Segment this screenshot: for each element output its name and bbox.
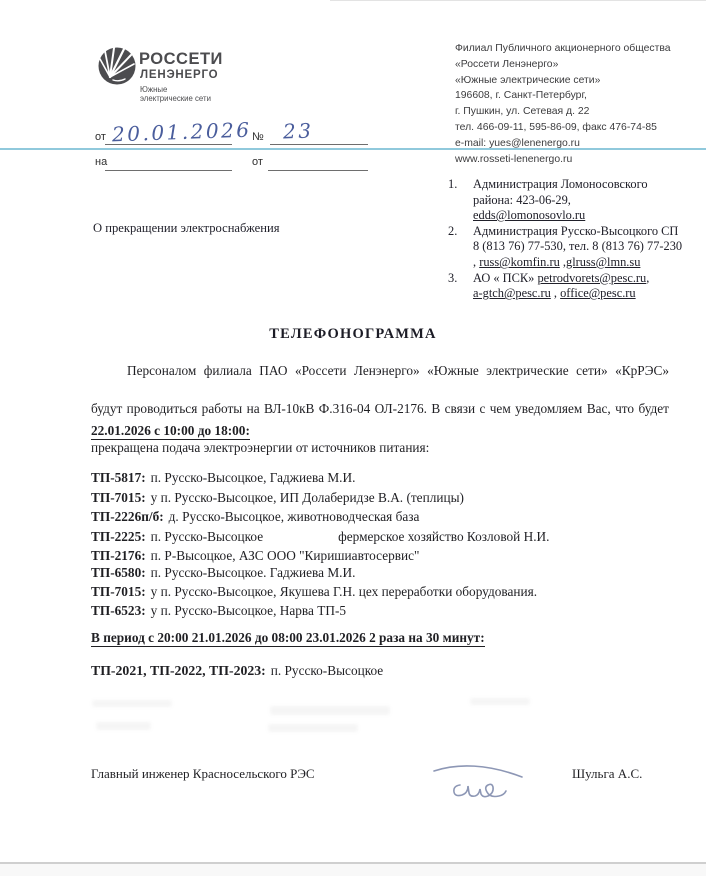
handwritten-number: 23 — [283, 118, 314, 143]
recipient-line: , russ@komfin.ru ,glruss@lmn.su — [473, 255, 682, 271]
scan-artifact — [268, 724, 358, 732]
outage-item: ТП-6580:п. Русско-Высоцкое. Гаджиева М.И… — [91, 563, 537, 582]
email-text: edds@lomonosovlo.ru — [473, 208, 585, 222]
recipient-number: 2. — [448, 224, 473, 271]
ref-number-rule — [270, 144, 368, 145]
ref-from-rule — [268, 170, 368, 171]
scan-line-artifact — [0, 148, 706, 150]
recipient-text: 8 (813 76) 77-530, тел. 8 (813 76) 77-23… — [473, 239, 682, 253]
tp-id: ТП-2225: — [91, 529, 146, 544]
tp-desc: п. Русско-Высоцкое, Гаджиева М.И. — [151, 470, 356, 485]
letterhead-line: 196608, г. Санкт-Петербург, — [455, 88, 705, 104]
recipient-text: , — [646, 271, 649, 285]
recipient-line: АО « ПСК» petrodvorets@pesc.ru, — [473, 271, 649, 287]
tp-desc: у п. Русско-Высоцкое, Нарва ТП-5 — [151, 603, 346, 618]
recipient-item: 3. АО « ПСК» petrodvorets@pesc.ru, a-gtc… — [448, 271, 706, 302]
outage-period-heading: В период с 20:00 21.01.2026 до 08:00 23.… — [91, 630, 485, 646]
recipient-item: 1. Администрация Ломоносовского района: … — [448, 177, 706, 224]
recipient-line: Администрация Ломоносовского — [473, 177, 648, 193]
recipient-number: 1. — [448, 177, 473, 224]
tp-desc: у п. Русско-Высоцкое, ИП Долаберидзе В.А… — [151, 490, 464, 505]
recipient-text: , — [551, 286, 560, 300]
recipient-text: Администрация Ломоносовского — [473, 177, 648, 191]
letterhead-line: Филиал Публичного акционерного общества — [455, 41, 705, 57]
outage-item: ТП-5817:п. Русско-Высоцкое, Гаджиева М.И… — [91, 468, 549, 488]
document-title: ТЕЛЕФОНОГРАММА — [0, 326, 706, 343]
email-text: office@pesc.ru — [560, 286, 636, 300]
recipient-item: 2. Администрация Русско-Высоцкого СП 8 (… — [448, 224, 706, 271]
recipient-line: 8 (813 76) 77-530, тел. 8 (813 76) 77-23… — [473, 239, 682, 255]
tp-id: ТП-7015: — [91, 584, 146, 599]
tp-id: ТП-6523: — [91, 603, 146, 618]
recipient-line: a-gtch@pesc.ru , office@pesc.ru — [473, 286, 649, 302]
outage-item: ТП-6523:у п. Русско-Высоцкое, Нарва ТП-5 — [91, 601, 537, 620]
body-paragraph: Персоналом филиала ПАО «Россети Ленэнерг… — [91, 361, 669, 457]
letterhead-line: «Россети Ленэнерго» — [455, 57, 705, 73]
email-text: glruss@lmn.su — [566, 255, 640, 269]
outage-date-heading: 22.01.2026 с 10:00 до 18:00: — [91, 423, 250, 439]
recipient-text: АО « ПСК» — [473, 271, 537, 285]
recipient-text: района: 423-06-29, — [473, 193, 571, 207]
handwritten-signature — [430, 756, 540, 804]
tp-id: ТП-5817: — [91, 470, 146, 485]
tp-id: ТП-7015: — [91, 490, 146, 505]
signature-role: Главный инженер Красносельского РЭС — [91, 766, 315, 782]
signature-name: Шульга А.С. — [572, 766, 642, 782]
ref-on-rule — [105, 170, 232, 171]
recipient-line: района: 423-06-29, — [473, 193, 648, 209]
letterhead-line: тел. 466-09-11, 595-86-09, факс 476-74-8… — [455, 120, 705, 136]
letterhead-website: www.rosseti-lenenergo.ru — [455, 152, 705, 168]
outage-item: ТП-2021, ТП-2022, ТП-2023:п. Русско-Высо… — [91, 663, 383, 679]
outage-period-heading-text: В период с 20:00 21.01.2026 до 08:00 23.… — [91, 630, 485, 647]
tp-id: ТП-2226п/б: — [91, 509, 164, 524]
letterhead-line: г. Пушкин, ул. Сетевая д. 22 — [455, 104, 705, 120]
scan-edge-top — [330, 0, 706, 1]
tp-desc: у п. Русско-Высоцкое, Якушева Г.Н. цех п… — [151, 584, 537, 599]
scan-artifact — [96, 722, 151, 730]
outage-item: ТП-7015:у п. Русско-Высоцкое, Якушева Г.… — [91, 582, 537, 601]
letterhead-line: «Южные электрические сети» — [455, 73, 705, 89]
email-text: russ@komfin.ru — [479, 255, 560, 269]
outage-list-group2: ТП-6580:п. Русско-Высоцкое. Гаджиева М.И… — [91, 563, 537, 620]
outage-item: ТП-7015:у п. Русско-Высоцкое, ИП Долабер… — [91, 488, 549, 508]
tp-desc: п. Русско-Высоцкое — [271, 663, 383, 678]
email-text: a-gtch@pesc.ru — [473, 286, 551, 300]
ref-from-label-2: от — [252, 156, 263, 168]
tp-desc: п. Р-Высоцкое, АЗС ООО "Киришиавтосервис… — [151, 548, 420, 563]
scan-edge-bottom-area — [0, 864, 706, 876]
recipient-line: edds@lomonosovlo.ru — [473, 208, 648, 224]
ref-on-label: на — [95, 156, 107, 168]
subject-line: О прекращении электроснабжения — [93, 221, 280, 236]
tp-id: ТП-2021, ТП-2022, ТП-2023: — [91, 663, 266, 678]
email-text: petrodvorets@pesc.ru — [537, 271, 646, 285]
recipients-list: 1. Администрация Ломоносовского района: … — [448, 177, 706, 302]
logo-division-text: электрические сети — [140, 94, 211, 103]
body-line: Персоналом филиала ПАО «Россети Ленэнерг… — [91, 361, 669, 399]
body-line: прекращена подача электроэнергии от исто… — [91, 438, 669, 457]
ref-from-label: от — [95, 131, 106, 143]
tp-id: ТП-6580: — [91, 565, 146, 580]
tp-desc2: фермерское хозяйство Козловой Н.И. — [338, 529, 549, 544]
outage-item: ТП-2226п/б:д. Русско-Высоцкое, животново… — [91, 507, 549, 527]
recipient-line: Администрация Русско-Высоцкого СП — [473, 224, 682, 240]
scan-artifact — [470, 698, 530, 705]
logo-brand-text: РОССЕТИ — [139, 50, 223, 69]
ref-number-label: № — [252, 131, 264, 143]
tp-desc: д. Русско-Высоцкое, животноводческая баз… — [169, 509, 420, 524]
scanned-letter-page: РОССЕТИ ЛЕНЭНЕРГО Южные электрические се… — [0, 0, 706, 876]
outage-date-heading-text: 22.01.2026 с 10:00 до 18:00: — [91, 423, 250, 440]
scan-artifact — [92, 700, 172, 707]
logo-company-text: ЛЕНЭНЕРГО — [140, 69, 218, 81]
outage-list-period: ТП-2021, ТП-2022, ТП-2023:п. Русско-Высо… — [91, 663, 383, 679]
tp-desc: п. Русско-Высоцкое — [151, 529, 263, 544]
rosseti-logo-icon — [97, 47, 137, 85]
tp-id: ТП-2176: — [91, 548, 146, 563]
outage-list-group1: ТП-5817:п. Русско-Высоцкое, Гаджиева М.И… — [91, 468, 549, 566]
outage-item: ТП-2225:п. Русско-Высоцкоефермерское хоз… — [91, 527, 549, 547]
tp-desc: п. Русско-Высоцкое. Гаджиева М.И. — [151, 565, 356, 580]
logo-division-text: Южные — [140, 85, 167, 94]
recipient-number: 3. — [448, 271, 473, 302]
recipient-text: Администрация Русско-Высоцкого СП — [473, 224, 678, 238]
handwritten-date: 20.01.2026 — [112, 118, 252, 147]
scan-artifact — [270, 706, 390, 715]
